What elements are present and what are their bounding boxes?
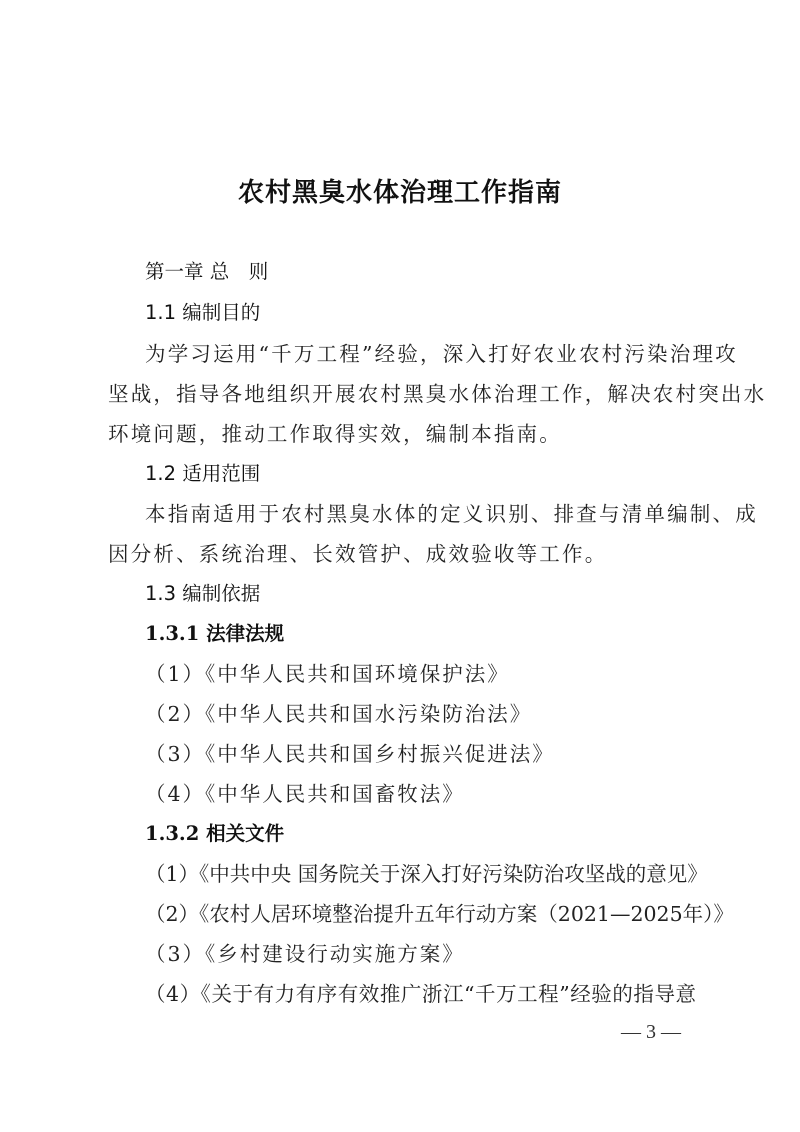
list-item: （2）《农村人居环境整治提升五年行动方案（2021—2025年）》	[145, 894, 696, 934]
list-item: （4）《关于有力有序有效推广浙江“千万工程”经验的指导意	[145, 974, 696, 1014]
subsection-heading-1-3-1: 1.3.1 法律法规	[145, 614, 696, 654]
paragraph-line: 环境问题，推动工作取得实效，编制本指南。	[108, 414, 696, 454]
paragraph-line: 为学习运用“千万工程”经验，深入打好农业农村污染治理攻	[145, 334, 696, 374]
paragraph-line: 本指南适用于农村黑臭水体的定义识别、排查与清单编制、成	[145, 494, 696, 534]
paragraph-line: 因分析、系统治理、长效管护、成效验收等工作。	[108, 534, 696, 574]
list-item: （4）《中华人民共和国畜牧法》	[145, 774, 696, 814]
list-item: （1）《中华人民共和国环境保护法》	[145, 654, 696, 694]
chapter-heading: 第一章 总 则	[145, 252, 696, 292]
paragraph-line: 坚战，指导各地组织开展农村黑臭水体治理工作，解决农村突出水	[108, 374, 696, 414]
subsection-heading-1-3-2: 1.3.2 相关文件	[145, 814, 696, 854]
section-heading-1-1: 1.1 编制目的	[145, 293, 696, 333]
section-heading-1-2: 1.2 适用范围	[145, 454, 696, 494]
page-number: — 3 —	[596, 1017, 706, 1047]
list-item: （2）《中华人民共和国水污染防治法》	[145, 694, 696, 734]
document-title: 农村黑臭水体治理工作指南	[0, 174, 800, 212]
list-item: （3）《中华人民共和国乡村振兴促进法》	[145, 734, 696, 774]
list-item: （3）《乡村建设行动实施方案》	[145, 934, 696, 974]
document-page: 农村黑臭水体治理工作指南 第一章 总 则 1.1 编制目的 为学习运用“千万工程…	[0, 0, 800, 1132]
list-item: （1）《中共中央 国务院关于深入打好污染防治攻坚战的意见》	[145, 854, 696, 894]
section-heading-1-3: 1.3 编制依据	[145, 574, 696, 614]
